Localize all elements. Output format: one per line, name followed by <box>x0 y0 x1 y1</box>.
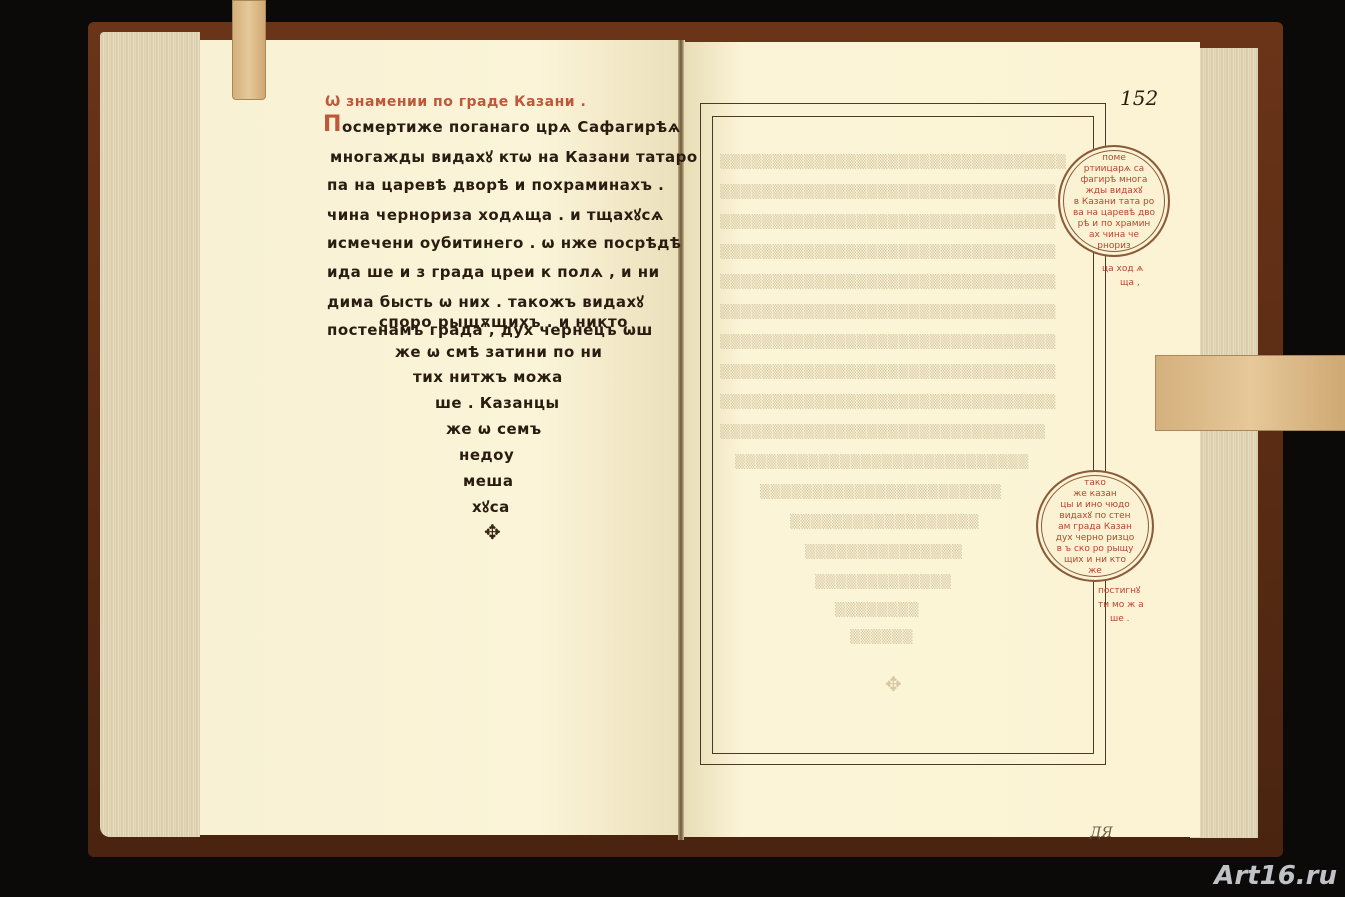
text-line-15: меша <box>463 472 514 490</box>
text-line-2: многажды видахꙋ ктѡ на Казани татаро <box>330 147 698 167</box>
text-line-6: ида ше и з града цреи к полѧ , и ни <box>327 263 660 281</box>
show-through-text: ▒▒▒▒▒▒▒▒▒▒▒▒▒▒▒▒▒▒▒▒▒▒▒ <box>760 485 1001 500</box>
medallion-line: рѣ и по храмин <box>1060 219 1168 230</box>
medallion-line: ах чина че <box>1060 230 1168 241</box>
text-line-4: чина чернориза ходѧща . и тщахꙋсѧ <box>327 205 664 225</box>
text-line-10: же ѡ смѣ затини по ни <box>395 343 602 361</box>
margin-note-line: постигнꙋ <box>1098 584 1144 598</box>
site-watermark: Art16.ru <box>1214 861 1337 891</box>
show-through-text: ▒▒▒▒▒▒▒▒▒▒▒▒▒▒▒▒▒▒ <box>790 515 979 530</box>
show-through-text: ▒▒▒▒▒▒▒▒▒▒▒▒▒▒▒▒▒▒▒▒▒▒▒▒▒▒▒▒▒▒▒▒▒ <box>720 155 1066 170</box>
margin-note-bottom: постигнꙋ ти мо ж а ше . <box>1098 584 1144 626</box>
show-through-text: ▒▒▒▒▒▒▒▒▒▒▒▒▒▒▒▒▒▒▒▒▒▒▒▒▒▒▒▒▒▒▒ <box>720 425 1045 440</box>
show-through-text: ▒▒▒▒▒▒▒▒▒▒▒▒▒▒▒▒▒▒▒▒▒▒▒▒▒▒▒▒▒▒▒▒ <box>720 395 1056 410</box>
show-through-text: ▒▒▒▒▒▒▒▒▒▒▒▒▒▒▒▒▒▒▒▒▒▒▒▒▒▒▒▒▒▒▒▒ <box>720 185 1056 200</box>
left-page-edges <box>100 32 200 837</box>
text-line-13: же ѡ семъ <box>446 420 542 438</box>
medallion-line: ам града Казан <box>1038 522 1152 533</box>
medallion-line: ртиицарѧ са <box>1060 164 1168 175</box>
medallion-line: дух черно ризцо <box>1038 533 1152 544</box>
medallion-line: видахꙋ по стен <box>1038 511 1152 522</box>
medallion-line: ва на царевѣ дво <box>1060 208 1168 219</box>
ornament-flourish-left: ✥ <box>484 520 501 544</box>
medallion-line: в Казани тата ро <box>1060 197 1168 208</box>
medallion-line: же казан <box>1038 489 1152 500</box>
wooden-bookmark-right <box>1155 355 1345 431</box>
text-line-11: тих нитжъ можа <box>413 368 563 386</box>
marginal-medallion-top: поме ртиицарѧ са фагирѣ многа жды видахꙋ… <box>1058 145 1170 257</box>
right-page-edges <box>1190 48 1258 838</box>
medallion-line: цы и ино чюдо <box>1038 500 1152 511</box>
show-through-text: ▒▒▒▒▒▒ <box>850 630 913 645</box>
medallion-line: щих и ни кто <box>1038 555 1152 566</box>
show-through-text: ▒▒▒▒▒▒▒▒▒▒▒▒▒▒▒▒▒▒▒▒▒▒▒▒▒▒▒▒▒▒▒▒ <box>720 335 1056 350</box>
show-through-text: ▒▒▒▒▒▒▒▒▒▒▒▒▒▒▒▒▒▒▒▒▒▒▒▒▒▒▒▒▒▒▒▒ <box>720 245 1056 260</box>
margin-note-line: ща , <box>1102 276 1143 290</box>
marginal-medallion-bottom: тако же казан цы и ино чюдо видахꙋ по ст… <box>1036 470 1154 582</box>
manuscript-heading: Ѡ знамении по граде Казани . <box>325 94 586 110</box>
wooden-bookmark-top <box>232 0 266 100</box>
show-through-text: ▒▒▒▒▒▒▒▒▒▒▒▒▒ <box>815 575 951 590</box>
show-through-text: ▒▒▒▒▒▒▒▒▒▒▒▒▒▒▒▒▒▒▒▒▒▒▒▒▒▒▒▒▒▒▒▒ <box>720 215 1056 230</box>
text-line-16: хꙋса <box>472 497 510 517</box>
margin-note-line: ше . <box>1098 612 1144 626</box>
text-line-7: дима бысть ѡ них . такожъ видахꙋ <box>327 292 644 312</box>
text-line-14: недоу <box>459 446 514 464</box>
show-through-text: ▒▒▒▒▒▒▒▒▒▒▒▒▒▒▒▒▒▒▒▒▒▒▒▒▒▒▒▒▒▒▒▒ <box>720 305 1056 320</box>
text-line-1: осмертиже поганаго црѧ Сафагирѣѧ <box>342 118 681 136</box>
show-through-text: ▒▒▒▒▒▒▒▒ <box>835 603 919 618</box>
text-line-5: исмечени оубитинего . ѡ нже посрѣдѣ <box>327 234 681 252</box>
medallion-line: фагирѣ многа <box>1060 175 1168 186</box>
pencil-note: ДЯ <box>1090 825 1113 841</box>
margin-note-line: ца ход ѧ <box>1102 262 1143 276</box>
margin-note-line: ти мо ж а <box>1098 598 1144 612</box>
text-line-12: ше . Казанцы <box>435 394 560 412</box>
show-through-text: ▒▒▒▒▒▒▒▒▒▒▒▒▒▒▒▒▒▒▒▒▒▒▒▒▒▒▒▒▒▒▒▒ <box>720 365 1056 380</box>
red-initial-letter: П <box>323 112 342 137</box>
folio-number: 152 <box>1120 86 1158 110</box>
medallion-line: в ъ ско ро рыщу <box>1038 544 1152 555</box>
text-line-3: па на царевѣ дворѣ и похраминахъ . <box>327 176 664 194</box>
show-through-text: ▒▒▒▒▒▒▒▒▒▒▒▒▒▒▒ <box>805 545 962 560</box>
show-through-text: ▒▒▒▒▒▒▒▒▒▒▒▒▒▒▒▒▒▒▒▒▒▒▒▒▒▒▒▒▒▒▒▒ <box>720 275 1056 290</box>
text-line-9: споро рыщѫщихъ . и никто <box>379 313 628 331</box>
show-through-text: ▒▒▒▒▒▒▒▒▒▒▒▒▒▒▒▒▒▒▒▒▒▒▒▒▒▒▒▒ <box>735 455 1029 470</box>
medallion-line: жды видахꙋ <box>1060 186 1168 197</box>
margin-note-top: ца ход ѧ ща , <box>1102 262 1143 290</box>
ornament-flourish-right-faded: ✥ <box>885 672 902 696</box>
